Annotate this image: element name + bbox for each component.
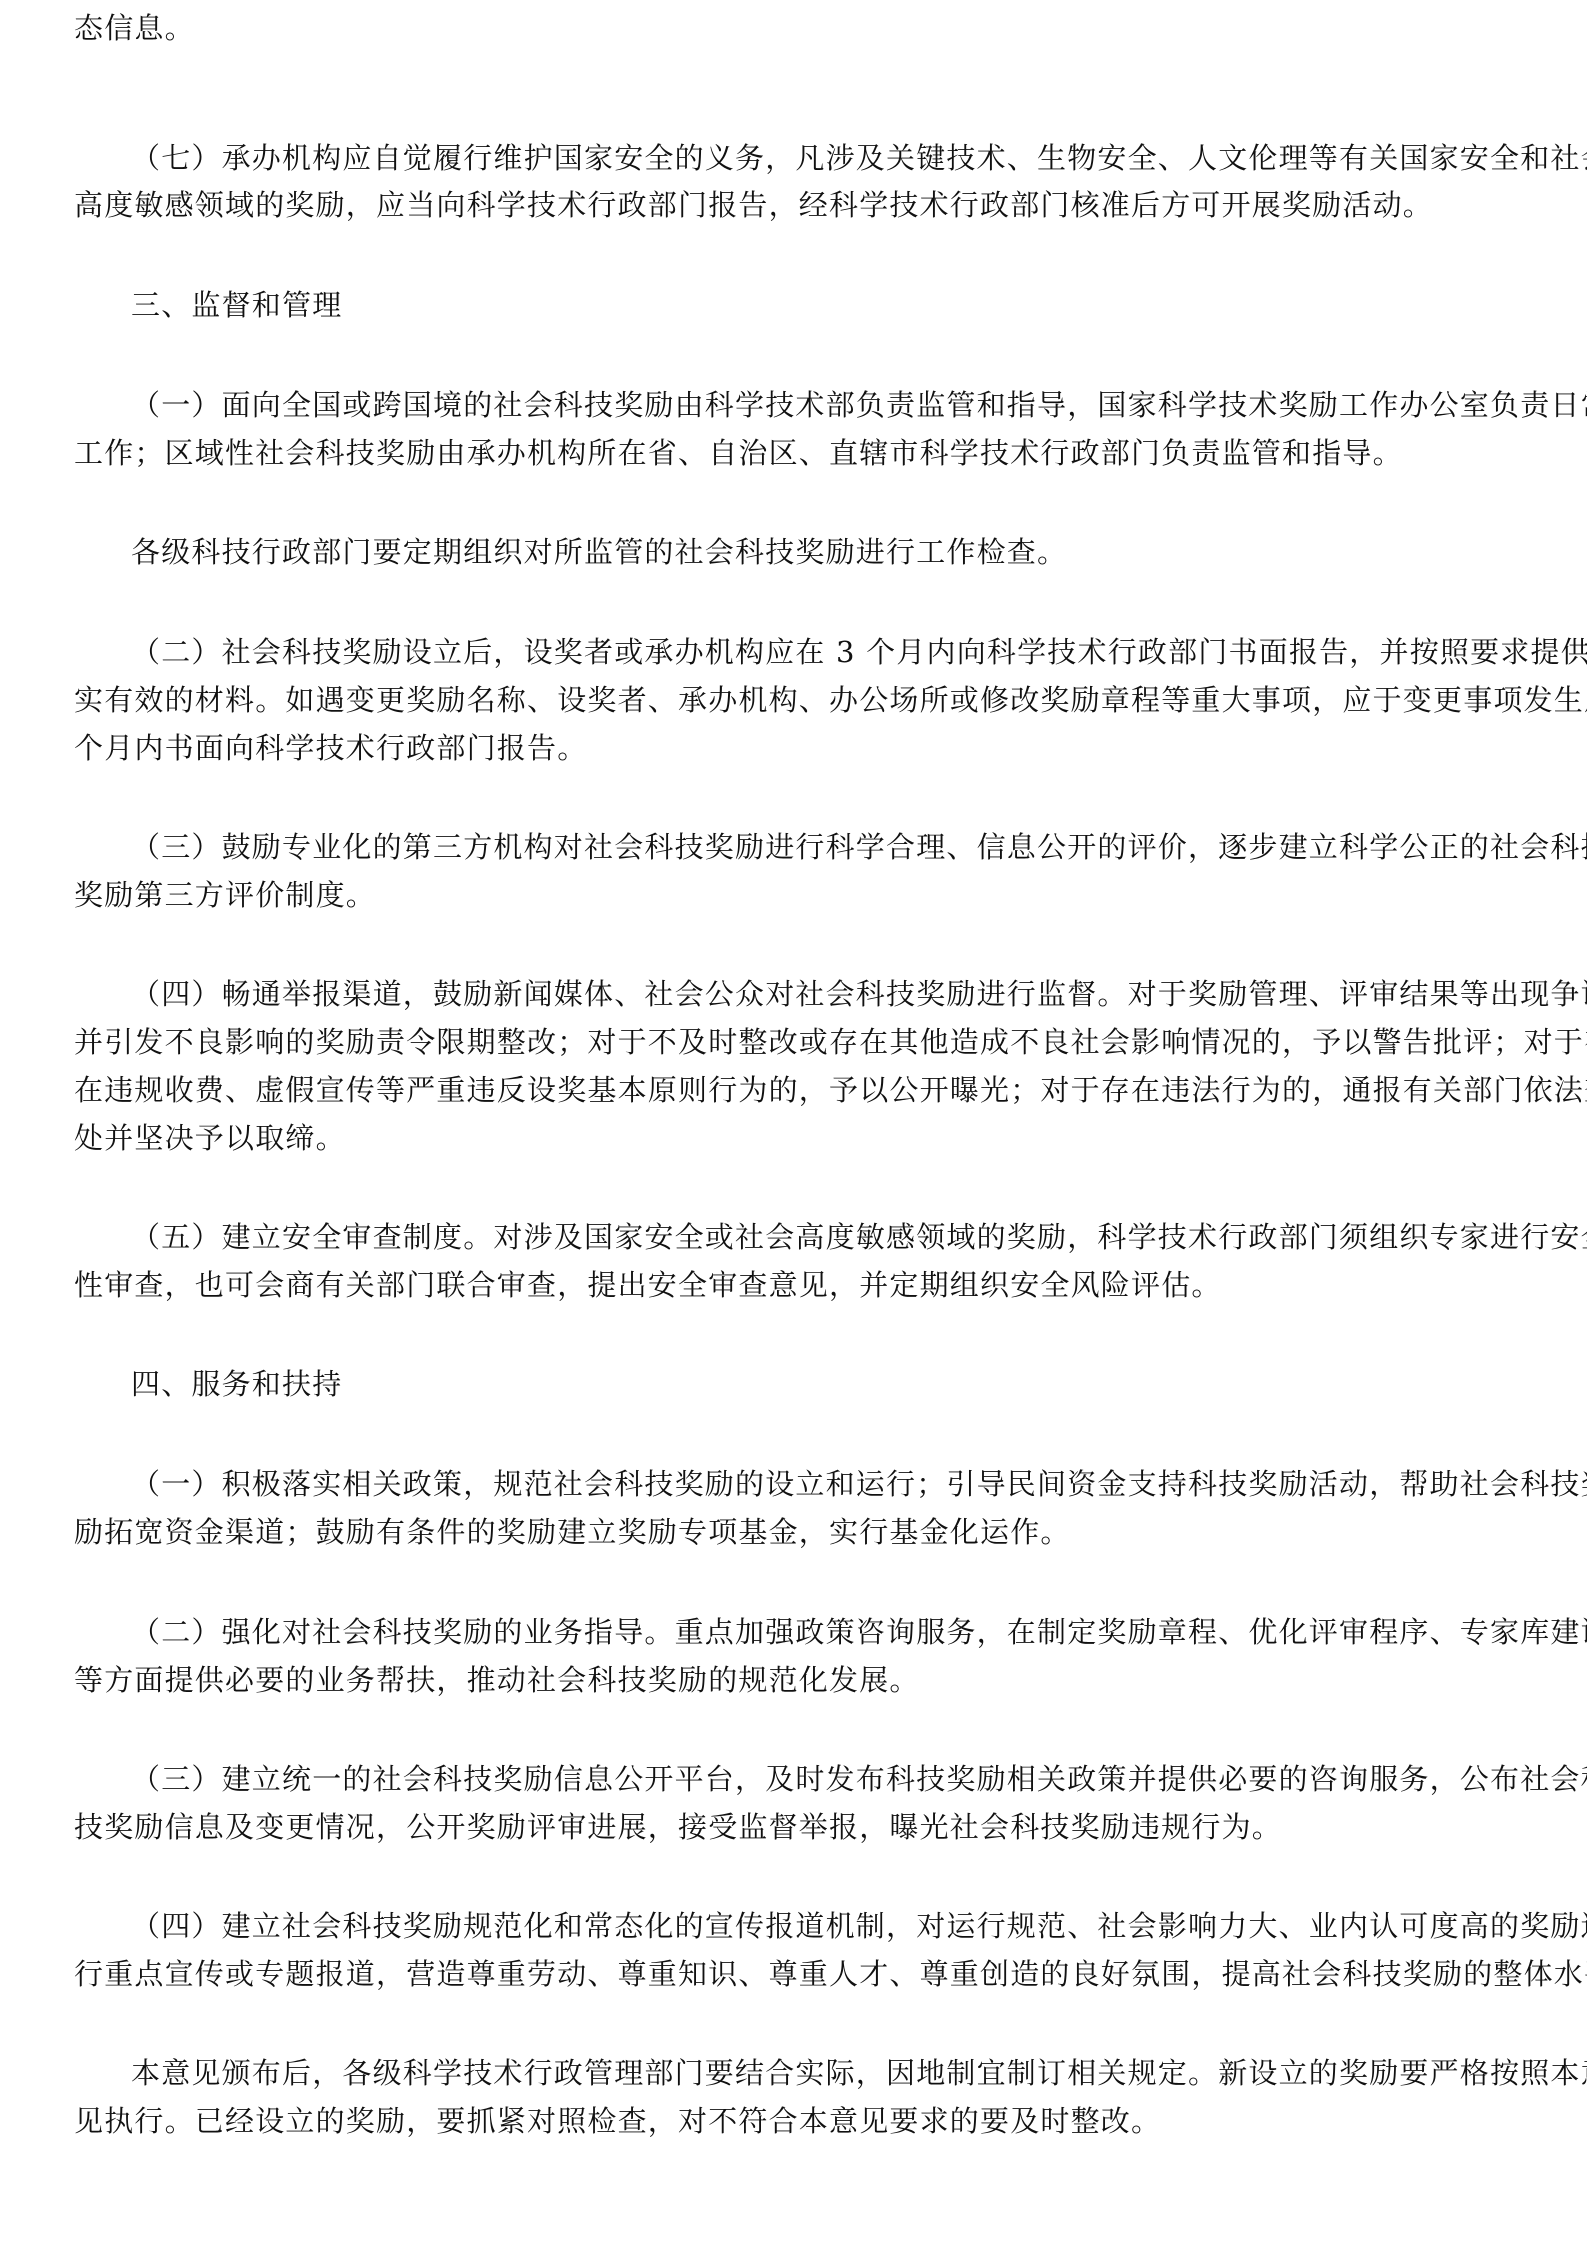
paragraph-4-2-cont: 等方面提供必要的业务帮扶，推动社会科技奖励的规范化发展。 bbox=[74, 1660, 1514, 1700]
paragraph-continuation: 态信息。 bbox=[74, 8, 1514, 48]
paragraph-3-3-cont: 奖励第三方评价制度。 bbox=[74, 875, 1514, 915]
paragraph-3-4-cont: 在违规收费、虚假宣传等严重违反设奖基本原则行为的，予以公开曝光；对于存在违法行为… bbox=[74, 1070, 1514, 1110]
paragraph-4-2: （二）强化对社会科技奖励的业务指导。重点加强政策咨询服务，在制定奖励章程、优化评… bbox=[131, 1612, 1514, 1652]
paragraph-item-7-cont: 高度敏感领域的奖励，应当向科学技术行政部门报告，经科学技术行政部门核准后方可开展… bbox=[74, 185, 1514, 225]
paragraph-4-1: （一）积极落实相关政策，规范社会科技奖励的设立和运行；引导民间资金支持科技奖励活… bbox=[131, 1464, 1514, 1504]
paragraph-3-2-cont: 实有效的材料。如遇变更奖励名称、设奖者、承办机构、办公场所或修改奖励章程等重大事… bbox=[74, 680, 1514, 720]
paragraph-3-1-cont: 工作；区域性社会科技奖励由承办机构所在省、自治区、直辖市科学技术行政部门负责监管… bbox=[74, 433, 1514, 473]
paragraph-3-1-note: 各级科技行政部门要定期组织对所监管的社会科技奖励进行工作检查。 bbox=[131, 532, 1571, 572]
paragraph-3-2: （二）社会科技奖励设立后，设奖者或承办机构应在 3 个月内向科学技术行政部门书面… bbox=[131, 632, 1514, 672]
paragraph-3-5-cont: 性审查，也可会商有关部门联合审查，提出安全审查意见，并定期组织安全风险评估。 bbox=[74, 1265, 1514, 1305]
section-heading-3: 三、监督和管理 bbox=[131, 285, 1571, 325]
paragraph-4-3: （三）建立统一的社会科技奖励信息公开平台，及时发布科技奖励相关政策并提供必要的咨… bbox=[131, 1759, 1514, 1799]
paragraph-item-7: （七）承办机构应自觉履行维护国家安全的义务，凡涉及关键技术、生物安全、人文伦理等… bbox=[131, 138, 1514, 178]
section-heading-4: 四、服务和扶持 bbox=[131, 1364, 1571, 1404]
paragraph-4-4-cont: 行重点宣传或专题报道，营造尊重劳动、尊重知识、尊重人才、尊重创造的良好氛围，提高… bbox=[74, 1954, 1514, 1994]
paragraph-3-4-cont: 并引发不良影响的奖励责令限期整改；对于不及时整改或存在其他造成不良社会影响情况的… bbox=[74, 1022, 1514, 1062]
paragraph-3-2-cont: 个月内书面向科学技术行政部门报告。 bbox=[74, 728, 1514, 768]
closing-paragraph: 本意见颁布后，各级科学技术行政管理部门要结合实际，因地制宜制订相关规定。新设立的… bbox=[131, 2053, 1514, 2093]
document-page: 态信息。 （七）承办机构应自觉履行维护国家安全的义务，凡涉及关键技术、生物安全、… bbox=[0, 0, 1587, 2245]
paragraph-4-3-cont: 技奖励信息及变更情况，公开奖励评审进展，接受监督举报，曝光社会科技奖励违规行为。 bbox=[74, 1807, 1514, 1847]
paragraph-4-1-cont: 励拓宽资金渠道；鼓励有条件的奖励建立奖励专项基金，实行基金化运作。 bbox=[74, 1512, 1514, 1552]
paragraph-3-5: （五）建立安全审查制度。对涉及国家安全或社会高度敏感领域的奖励，科学技术行政部门… bbox=[131, 1217, 1514, 1257]
paragraph-3-1: （一）面向全国或跨国境的社会科技奖励由科学技术部负责监管和指导，国家科学技术奖励… bbox=[131, 385, 1514, 425]
paragraph-3-4-cont: 处并坚决予以取缔。 bbox=[74, 1118, 1514, 1158]
paragraph-3-4: （四）畅通举报渠道，鼓励新闻媒体、社会公众对社会科技奖励进行监督。对于奖励管理、… bbox=[131, 974, 1514, 1014]
paragraph-3-3: （三）鼓励专业化的第三方机构对社会科技奖励进行科学合理、信息公开的评价，逐步建立… bbox=[131, 827, 1514, 867]
closing-paragraph-cont: 见执行。已经设立的奖励，要抓紧对照检查，对不符合本意见要求的要及时整改。 bbox=[74, 2101, 1514, 2141]
paragraph-4-4: （四）建立社会科技奖励规范化和常态化的宣传报道机制，对运行规范、社会影响力大、业… bbox=[131, 1906, 1514, 1946]
